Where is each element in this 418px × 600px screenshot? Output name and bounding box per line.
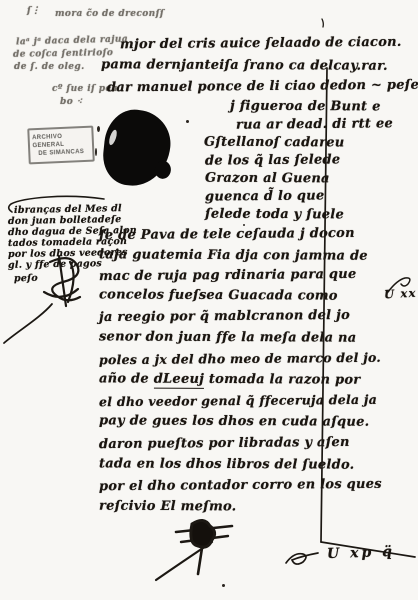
manuscript-line: reſcivio El meſmo. [99, 499, 237, 515]
manuscript-line: mac de ruja pag rdinaria para que [99, 267, 357, 284]
manuscript-line: dar manuel ponce de li ciao dedon ~ peſe [107, 78, 418, 96]
manuscript-line: ſe de Pava de tele ceſauda j docon [99, 226, 355, 243]
manuscript-line: el dho veedor genal q̃ ffeceruja dela ja [99, 392, 377, 409]
manuscript-line: ſelede toda y ſuele [205, 207, 344, 223]
manuscript-line: ja reegio por q̃ mablcranon del jo [99, 308, 350, 325]
manuscript-line: mjor del cris auice ſelaado de ciacon. [120, 35, 402, 52]
manuscript-line: Grazon al Guena [205, 171, 330, 187]
manuscript-line: senor don juan ffe la meſa dela na [99, 329, 357, 345]
manuscript-line-year: año de dLeeuj tomada la razon por [99, 371, 360, 387]
manuscript-line: taja guatemia Fia dja con jamma de [99, 247, 368, 263]
manuscript-line: de los q̃ las ſelede [205, 152, 340, 168]
manuscript-page: ſ⋮ mora c̃o de dreconſſ laᵃ jᵃ daca dela… [0, 0, 418, 600]
manuscript-line: pay de gues los dhos en cuda aſque. [99, 413, 369, 429]
manuscript-line: por el dho contador corro en los ques [99, 477, 382, 494]
body-text: mjor del cris auice ſelaado de ciacon. p… [0, 0, 418, 600]
manuscript-line: concelos fueſsea Guacada como [99, 287, 338, 303]
manuscript-line: rua ar dead. di rtt ee [236, 116, 393, 132]
manuscript-line: Gſtellanoſ cadareu [204, 135, 345, 151]
manuscript-line: pama dernjanteiſa ſrano ca delcay.rar. [101, 57, 388, 74]
year-line-post: tomada la razon por [204, 372, 360, 388]
manuscript-line: poles a jx del dho meo de marco del jo. [99, 350, 381, 367]
manuscript-line: guenca d̃ lo que [205, 188, 325, 204]
year-line-pre: año de [99, 371, 154, 386]
manuscript-line: daron pueſtos por libradas y aſen [99, 435, 350, 452]
manuscript-line: tada en los dhos libros del ſueldo. [99, 456, 355, 472]
year-underlined: dLeeuj [154, 372, 205, 389]
manuscript-line: j figueroa de Bunt e [230, 99, 381, 115]
